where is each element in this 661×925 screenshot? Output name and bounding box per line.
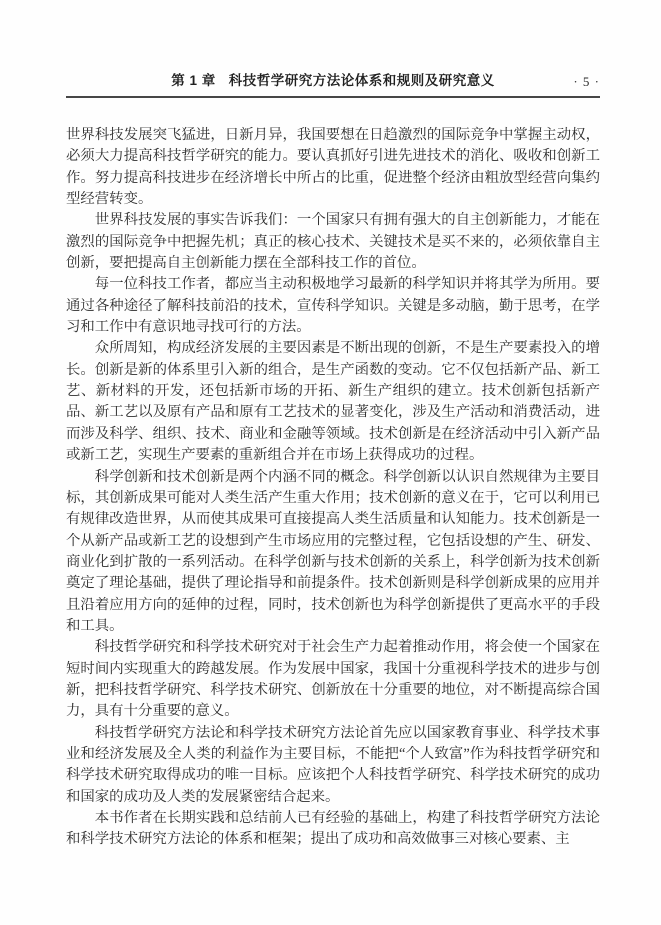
paragraph: 众所周知，构成经济发展的主要因素是不断出现的创新，不是生产要素投入的增长。创新是… — [66, 338, 600, 466]
paragraph: 本书作者在长期实践和总结前人已有经验的基础上，构建了科技哲学研究方法论和科学技术… — [66, 808, 600, 851]
paragraph: 科学创新和技术创新是两个内涵不同的概念。科学创新以认识自然规律为主要目标，其创新… — [66, 467, 600, 638]
chapter-title: 科技哲学研究方法论体系和规则及研究意义 — [229, 73, 495, 88]
header-rule — [66, 96, 600, 98]
paragraph: 每一位科技工作者，都应当主动积极地学习最新的科学知识并将其学为所用。要通过各种途… — [66, 274, 600, 338]
paragraph: 科技哲学研究和科学技术研究对于社会生产力起着推动作用，将会使一个国家在短时间内实… — [66, 637, 600, 722]
paragraph: 世界科技发展的事实告诉我们：一个国家只有拥有强大的自主创新能力，才能在激烈的国际… — [66, 210, 600, 274]
page-content: 第 1 章科技哲学研究方法论体系和规则及研究意义 · 5 · 世界科技发展突飞猛… — [66, 0, 600, 851]
paragraph: 科技哲学研究方法论和科学技术研究方法论首先应以国家教育事业、科学技术事业和经济发… — [66, 723, 600, 808]
page-header: 第 1 章科技哲学研究方法论体系和规则及研究意义 · 5 · — [66, 0, 600, 98]
book-page: 第 1 章科技哲学研究方法论体系和规则及研究意义 · 5 · 世界科技发展突飞猛… — [0, 0, 661, 925]
page-number: · 5 · — [573, 72, 600, 92]
paragraph: 世界科技发展突飞猛进，日新月异，我国要想在日趋激烈的国际竞争中掌握主动权，必须大… — [66, 125, 600, 210]
document-body: 世界科技发展突飞猛进，日新月异，我国要想在日趋激烈的国际竞争中掌握主动权，必须大… — [66, 125, 600, 851]
chapter-number: 第 1 章 — [171, 73, 216, 88]
header-row: 第 1 章科技哲学研究方法论体系和规则及研究意义 · 5 · — [66, 71, 600, 91]
chapter-heading: 第 1 章科技哲学研究方法论体系和规则及研究意义 — [66, 71, 600, 91]
